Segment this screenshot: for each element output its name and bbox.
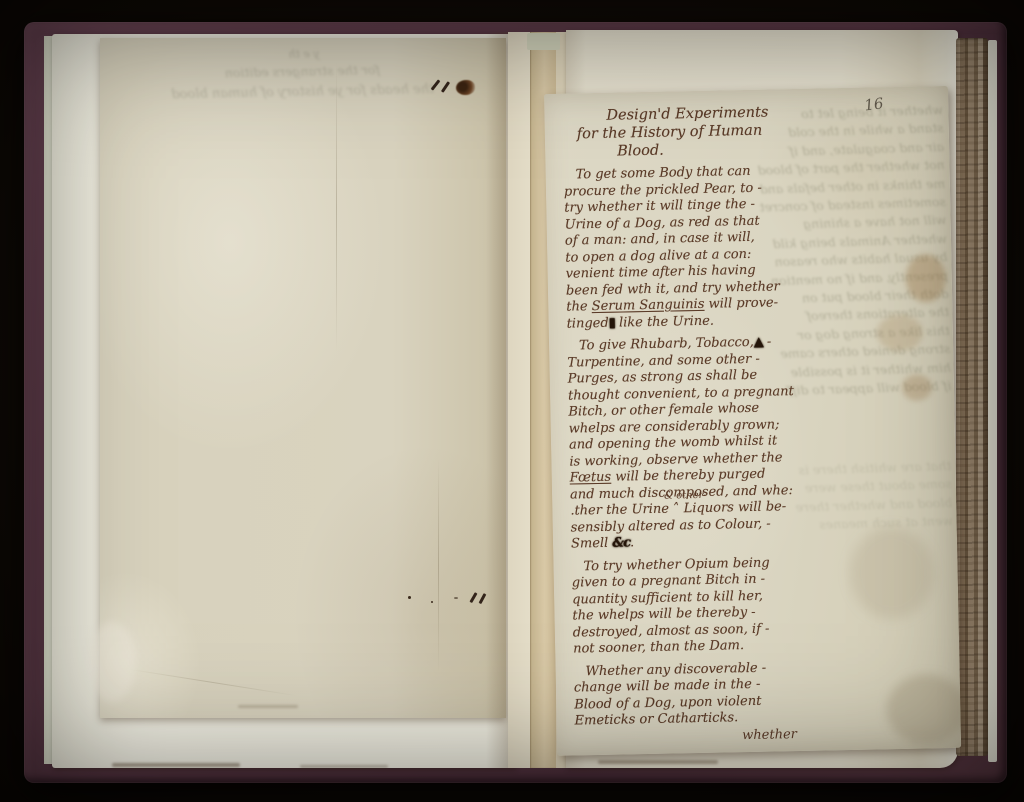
edge-smudge: [300, 765, 388, 768]
edge-smudge: [112, 763, 240, 767]
showthrough-line: the heads for ye history of human blood: [128, 78, 434, 108]
ink-mark-slash: [479, 593, 486, 604]
stub-tab: [527, 33, 560, 50]
worn-corner: [886, 674, 967, 746]
paper-crease: [129, 669, 297, 697]
ink-blot: [456, 80, 475, 95]
edge-smudge: [598, 760, 718, 764]
paper-stain: [902, 374, 933, 401]
manuscript-paragraph-2: To give Rhubarb, Tobacco,▲ -Turpentine, …: [567, 334, 811, 553]
heading-line: Blood.: [617, 139, 803, 161]
ink-speck: [454, 597, 458, 599]
manuscript-heading: Design'd Experimentsfor the History of H…: [562, 103, 803, 162]
manuscript-text-line: tinged▮ like the Urine.: [566, 311, 806, 332]
ink-speck: [431, 601, 433, 603]
manuscript-text-column: Design'd Experimentsfor the History of H…: [562, 103, 815, 748]
left-blank-page: y e thfor the strangers editionthe heads…: [100, 38, 506, 718]
photograph-of-open-manuscript-volume: y e thfor the strangers editionthe heads…: [0, 0, 1024, 802]
paper-crease: [438, 458, 439, 673]
manuscript-paragraph-3: To try whether Opium beinggiven to a pre…: [571, 554, 813, 658]
book-fore-edge: [956, 38, 988, 756]
ink-speck: [408, 596, 411, 599]
catchword: whether: [575, 726, 815, 747]
ink-mark-slash: [441, 81, 450, 93]
paper-crease: [336, 62, 337, 352]
left-page-showthrough-text: y e thfor the strangers editionthe heads…: [127, 45, 438, 108]
manuscript-text-line: Smell &c.: [571, 532, 811, 553]
manuscript-leaf: 16 whether it being let tostand a while …: [544, 86, 961, 756]
manuscript-paragraph-4: Whether any discoverable -change will be…: [573, 659, 814, 730]
interlinear-insertion: & other-: [664, 491, 707, 502]
manuscript-text-line: not sooner, than the Dam.: [573, 637, 813, 658]
paper-smudge: [849, 526, 935, 620]
ink-mark-slash: [469, 592, 477, 603]
pale-stain: [88, 622, 136, 702]
edge-smudge: [238, 705, 298, 708]
page-edge-sliver: [988, 40, 997, 762]
gutter-page-edge: [508, 32, 530, 768]
manuscript-paragraph-1: To get some Body that canprocure the pri…: [563, 163, 806, 333]
